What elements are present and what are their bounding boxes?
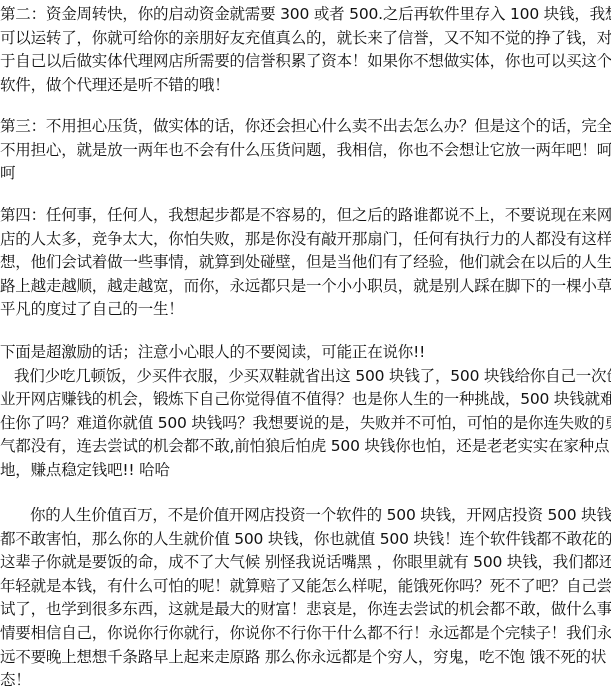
text-line: 第二：资金周转快，你的启动资金就需要 300 或者 500.之后再软件里存入 1… (0, 3, 611, 27)
text-line: 你的人生价值百万，不是价值开网店投资一个软件的 500 块钱，开网店投资 500… (0, 504, 611, 528)
text-line: 可以运转了，你就可给你的亲朋好友充值真么的，就长来了信誉，又不知不觉的挣了钱，对 (0, 27, 611, 51)
paragraph-point-two: 第二：资金周转快，你的启动资金就需要 300 或者 500.之后再软件里存入 1… (0, 3, 611, 97)
text-line: 想，他们会试着做一些事情，就算到处碰壁，但是当他们有了经验，他们就会在以后的人生 (0, 251, 611, 275)
text-line: 呵 (0, 162, 611, 186)
paragraph-motivation: 下面是超激励的话；注意小心眼人的不要阅读，可能正在说你!! 我们少吃几顿饭，少买… (0, 341, 611, 483)
text-line: 我们少吃几顿饭，少买件衣服，少买双鞋就省出这 500 块钱了，500 块钱给你自… (0, 365, 611, 389)
paragraph-point-three: 第三：不用担心压货，做实体的话，你还会担心什么卖不出去怎么办？但是这个的话，完全… (0, 115, 611, 186)
text-line: 试了，也学到很多东西，这就是最大的财富！悲哀是，你连去尝试的机会都不敢，做什么事 (0, 598, 611, 622)
text-line: 这辈子你就是要饭的命，成不了大气候 别怪我说话嘴黑 ，你眼里就有 500 块钱，… (0, 551, 611, 575)
text-line-heading: 下面是超激励的话；注意小心眼人的不要阅读，可能正在说你!! (0, 341, 611, 365)
text-line: 于自己以后做实体代理网店所需要的信誉积累了资本！如果你不想做实体，你也可以买这个 (0, 50, 611, 74)
paragraph-life-value: 你的人生价值百万，不是价值开网店投资一个软件的 500 块钱，开网店投资 500… (0, 504, 611, 693)
text-line: 情要相信自己，你说你行你就行，你说你不行你干什么都不行！永远都是个完犊子！我们永 (0, 622, 611, 646)
text-line: 住你了吗？难道你就值 500 块钱吗？我想要说的是，失败并不可怕，可怕的是你连失… (0, 412, 611, 436)
text-line: 第四：任何事，任何人，我想起步都是不容易的，但之后的路谁都说不上，不要说现在来网 (0, 204, 611, 228)
text-line: 平凡的度过了自己的一生！ (0, 298, 611, 322)
text-line: 软件，做个代理还是听不错的哦！ (0, 74, 611, 98)
text-line: 第三：不用担心压货，做实体的话，你还会担心什么卖不出去怎么办？但是这个的话，完全 (0, 115, 611, 139)
text-line: 都不敢害怕，那么你的人生就价值 500 块钱，你也就值 500 块钱！连个软件钱… (0, 528, 611, 552)
text-line: 业开网店赚钱的机会，锻炼下自己你觉得值不值得？也是你人生的一种挑战，500 块钱… (0, 388, 611, 412)
text-line: 年轻就是本钱，有什么可怕的呢！就算赔了又能怎么样呢，能饿死你吗？死不了吧？自己尝 (0, 575, 611, 599)
text-line: 态！ (0, 669, 611, 693)
text-line: 店的人太多，竞争太大，你怕失败，那是你没有敲开那扇门，任何有执行力的人都没有这样 (0, 228, 611, 252)
text-line: 气都没有，连去尝试的机会都不敢,前怕狼后怕虎 500 块钱你也怕，还是老老实实在… (0, 435, 611, 459)
text-line: 不用担心，就是放一两年也不会有什么压货问题，我相信，你也不会想让它放一两年吧！呵 (0, 139, 611, 163)
text-line: 路上越走越顺，越走越宽，而你，永远都只是一个小小职员，就是别人踩在脚下的一棵小草… (0, 275, 611, 299)
text-line: 地，赚点稳定钱吧!! 哈哈 (0, 459, 611, 483)
text-line: 远不要晚上想想千条路早上起来走原路 那么你永远都是个穷人，穷鬼，吃不饱 饿不死的… (0, 646, 611, 670)
paragraph-point-four: 第四：任何事，任何人，我想起步都是不容易的，但之后的路谁都说不上，不要说现在来网… (0, 204, 611, 322)
